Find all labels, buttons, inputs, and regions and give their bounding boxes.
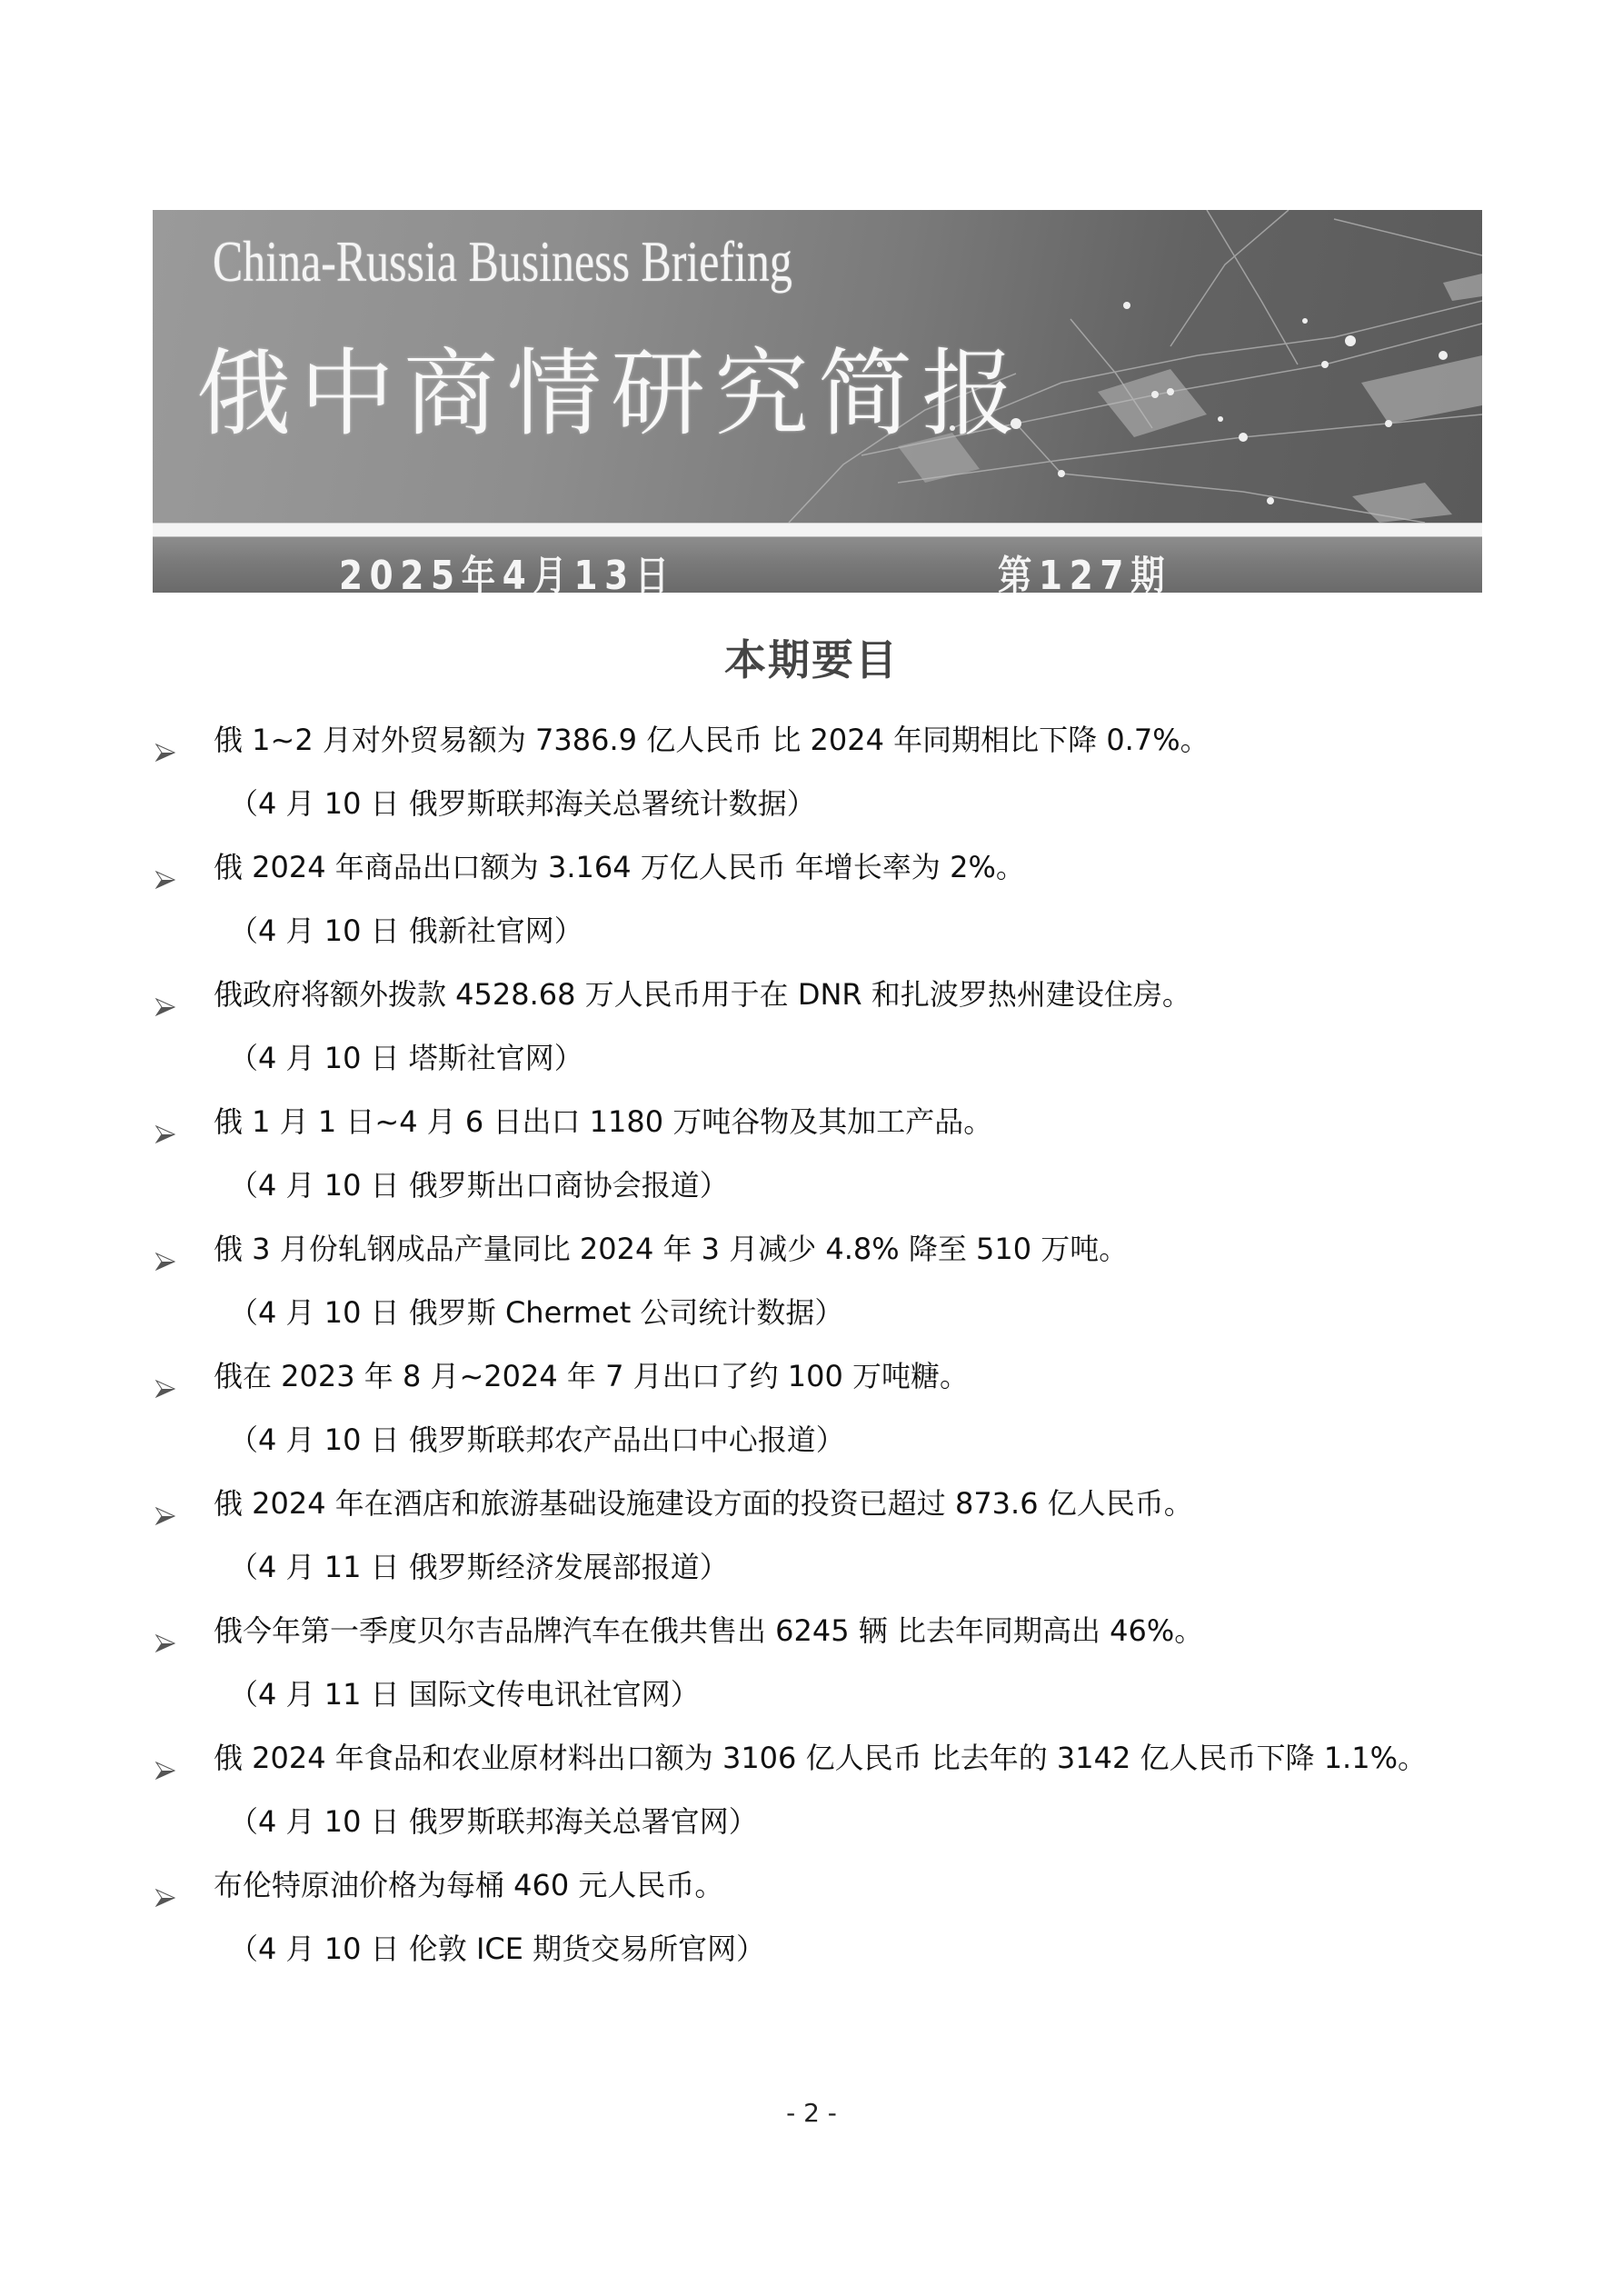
headline-text: 布伦特原油价格为每桶 460 元人民币。 <box>214 1860 723 1911</box>
highlights-list: 俄 1~2 月对外贸易额为 7386.9 亿人民币 比 2024 年同期相比下降… <box>0 714 1623 1987</box>
source-text: （4 月 11 日 国际文传电讯社官网） <box>229 1669 700 1720</box>
headline-text: 俄 3 月份轧钢成品产量同比 2024 年 3 月减少 4.8% 降至 510 … <box>214 1223 1128 1274</box>
source-line: （4 月 10 日 俄罗斯出口商协会报道） <box>0 1160 1623 1223</box>
headline-line: 布伦特原油价格为每桶 460 元人民币。 <box>0 1860 1623 1923</box>
headline-line: 俄 1~2 月对外贸易额为 7386.9 亿人民币 比 2024 年同期相比下降… <box>0 714 1623 778</box>
arrowhead-bullet-icon <box>154 983 176 1004</box>
source-text: （4 月 10 日 俄罗斯联邦农产品出口中心报道） <box>229 1414 845 1465</box>
source-line: （4 月 11 日 俄罗斯经济发展部报道） <box>0 1542 1623 1605</box>
source-line: （4 月 10 日 俄新社官网） <box>0 905 1623 969</box>
arrowhead-bullet-icon <box>154 1110 176 1132</box>
headline-text: 俄 2024 年商品出口额为 3.164 万亿人民币 年增长率为 2%。 <box>214 842 1025 893</box>
headline-text: 俄 1~2 月对外贸易额为 7386.9 亿人民币 比 2024 年同期相比下降… <box>214 714 1210 765</box>
list-item: 俄今年第一季度贝尔吉品牌汽车在俄共售出 6245 辆 比去年同期高出 46%。 … <box>0 1605 1623 1732</box>
headline-line: 俄政府将额外拨款 4528.68 万人民币用于在 DNR 和扎波罗热州建设住房。 <box>0 969 1623 1033</box>
headline-text: 俄 2024 年在酒店和旅游基础设施建设方面的投资已超过 873.6 亿人民币。 <box>214 1478 1193 1529</box>
arrowhead-bullet-icon <box>154 1873 176 1895</box>
headline-line: 俄 1 月 1 日~4 月 6 日出口 1180 万吨谷物及其加工产品。 <box>0 1096 1623 1160</box>
list-item: 俄在 2023 年 8 月~2024 年 7 月出口了约 100 万吨糖。 （4… <box>0 1351 1623 1478</box>
list-item: 俄 1 月 1 日~4 月 6 日出口 1180 万吨谷物及其加工产品。 （4 … <box>0 1096 1623 1223</box>
source-text: （4 月 10 日 伦敦 ICE 期货交易所官网） <box>229 1923 765 1974</box>
headline-text: 俄 1 月 1 日~4 月 6 日出口 1180 万吨谷物及其加工产品。 <box>214 1096 992 1147</box>
arrowhead-bullet-icon <box>154 855 176 877</box>
list-item: 俄 3 月份轧钢成品产量同比 2024 年 3 月减少 4.8% 降至 510 … <box>0 1223 1623 1351</box>
list-item: 俄政府将额外拨款 4528.68 万人民币用于在 DNR 和扎波罗热州建设住房。… <box>0 969 1623 1096</box>
headline-line: 俄 3 月份轧钢成品产量同比 2024 年 3 月减少 4.8% 降至 510 … <box>0 1223 1623 1287</box>
arrowhead-bullet-icon <box>154 728 176 750</box>
date-bar: 2025年4月13日 第127期 <box>153 537 1482 593</box>
page-number: - 2 - <box>0 2098 1623 2128</box>
arrowhead-bullet-icon <box>154 1364 176 1386</box>
issue-date: 2025年4月13日 <box>339 543 676 601</box>
source-line: （4 月 10 日 俄罗斯 Chermet 公司统计数据） <box>0 1287 1623 1351</box>
banner-divider <box>153 523 1482 537</box>
list-item: 俄 2024 年食品和农业原材料出口额为 3106 亿人民币 比去年的 3142… <box>0 1732 1623 1860</box>
masthead-banner: China-Russia Business Briefing 俄中商情研究简报 … <box>153 210 1482 593</box>
source-line: （4 月 10 日 俄罗斯联邦农产品出口中心报道） <box>0 1414 1623 1478</box>
headline-line: 俄今年第一季度贝尔吉品牌汽车在俄共售出 6245 辆 比去年同期高出 46%。 <box>0 1605 1623 1669</box>
headline-text: 俄政府将额外拨款 4528.68 万人民币用于在 DNR 和扎波罗热州建设住房。 <box>214 969 1191 1020</box>
english-title: China-Russia Business Briefing <box>213 228 792 295</box>
issue-number: 第127期 <box>998 543 1171 601</box>
list-item: 布伦特原油价格为每桶 460 元人民币。 （4 月 10 日 伦敦 ICE 期货… <box>0 1860 1623 1987</box>
headline-text: 俄在 2023 年 8 月~2024 年 7 月出口了约 100 万吨糖。 <box>214 1351 969 1402</box>
headline-line: 俄 2024 年商品出口额为 3.164 万亿人民币 年增长率为 2%。 <box>0 842 1623 905</box>
list-item: 俄 2024 年在酒店和旅游基础设施建设方面的投资已超过 873.6 亿人民币。… <box>0 1478 1623 1605</box>
headline-text: 俄今年第一季度贝尔吉品牌汽车在俄共售出 6245 辆 比去年同期高出 46%。 <box>214 1605 1203 1656</box>
chinese-title: 俄中商情研究简报 <box>196 317 1025 454</box>
headline-line: 俄在 2023 年 8 月~2024 年 7 月出口了约 100 万吨糖。 <box>0 1351 1623 1414</box>
source-text: （4 月 10 日 俄罗斯联邦海关总署官网） <box>229 1796 758 1847</box>
arrowhead-bullet-icon <box>154 1746 176 1768</box>
section-title: 本期要目 <box>0 627 1623 687</box>
source-text: （4 月 10 日 塔斯社官网） <box>229 1033 583 1083</box>
arrowhead-bullet-icon <box>154 1492 176 1513</box>
arrowhead-bullet-icon <box>154 1237 176 1259</box>
headline-text: 俄 2024 年食品和农业原材料出口额为 3106 亿人民币 比去年的 3142… <box>214 1732 1427 1783</box>
source-text: （4 月 10 日 俄罗斯出口商协会报道） <box>229 1160 729 1211</box>
list-item: 俄 2024 年商品出口额为 3.164 万亿人民币 年增长率为 2%。 （4 … <box>0 842 1623 969</box>
headline-line: 俄 2024 年在酒店和旅游基础设施建设方面的投资已超过 873.6 亿人民币。 <box>0 1478 1623 1542</box>
source-text: （4 月 11 日 俄罗斯经济发展部报道） <box>229 1542 729 1592</box>
source-line: （4 月 10 日 塔斯社官网） <box>0 1033 1623 1096</box>
source-line: （4 月 11 日 国际文传电讯社官网） <box>0 1669 1623 1732</box>
source-line: （4 月 10 日 俄罗斯联邦海关总署官网） <box>0 1796 1623 1860</box>
list-item: 俄 1~2 月对外贸易额为 7386.9 亿人民币 比 2024 年同期相比下降… <box>0 714 1623 842</box>
source-text: （4 月 10 日 俄罗斯联邦海关总署统计数据） <box>229 778 816 829</box>
source-text: （4 月 10 日 俄罗斯 Chermet 公司统计数据） <box>229 1287 843 1338</box>
source-line: （4 月 10 日 俄罗斯联邦海关总署统计数据） <box>0 778 1623 842</box>
source-line: （4 月 10 日 伦敦 ICE 期货交易所官网） <box>0 1923 1623 1987</box>
banner-image: China-Russia Business Briefing 俄中商情研究简报 <box>153 210 1482 523</box>
headline-line: 俄 2024 年食品和农业原材料出口额为 3106 亿人民币 比去年的 3142… <box>0 1732 1623 1796</box>
arrowhead-bullet-icon <box>154 1619 176 1641</box>
source-text: （4 月 10 日 俄新社官网） <box>229 905 583 956</box>
